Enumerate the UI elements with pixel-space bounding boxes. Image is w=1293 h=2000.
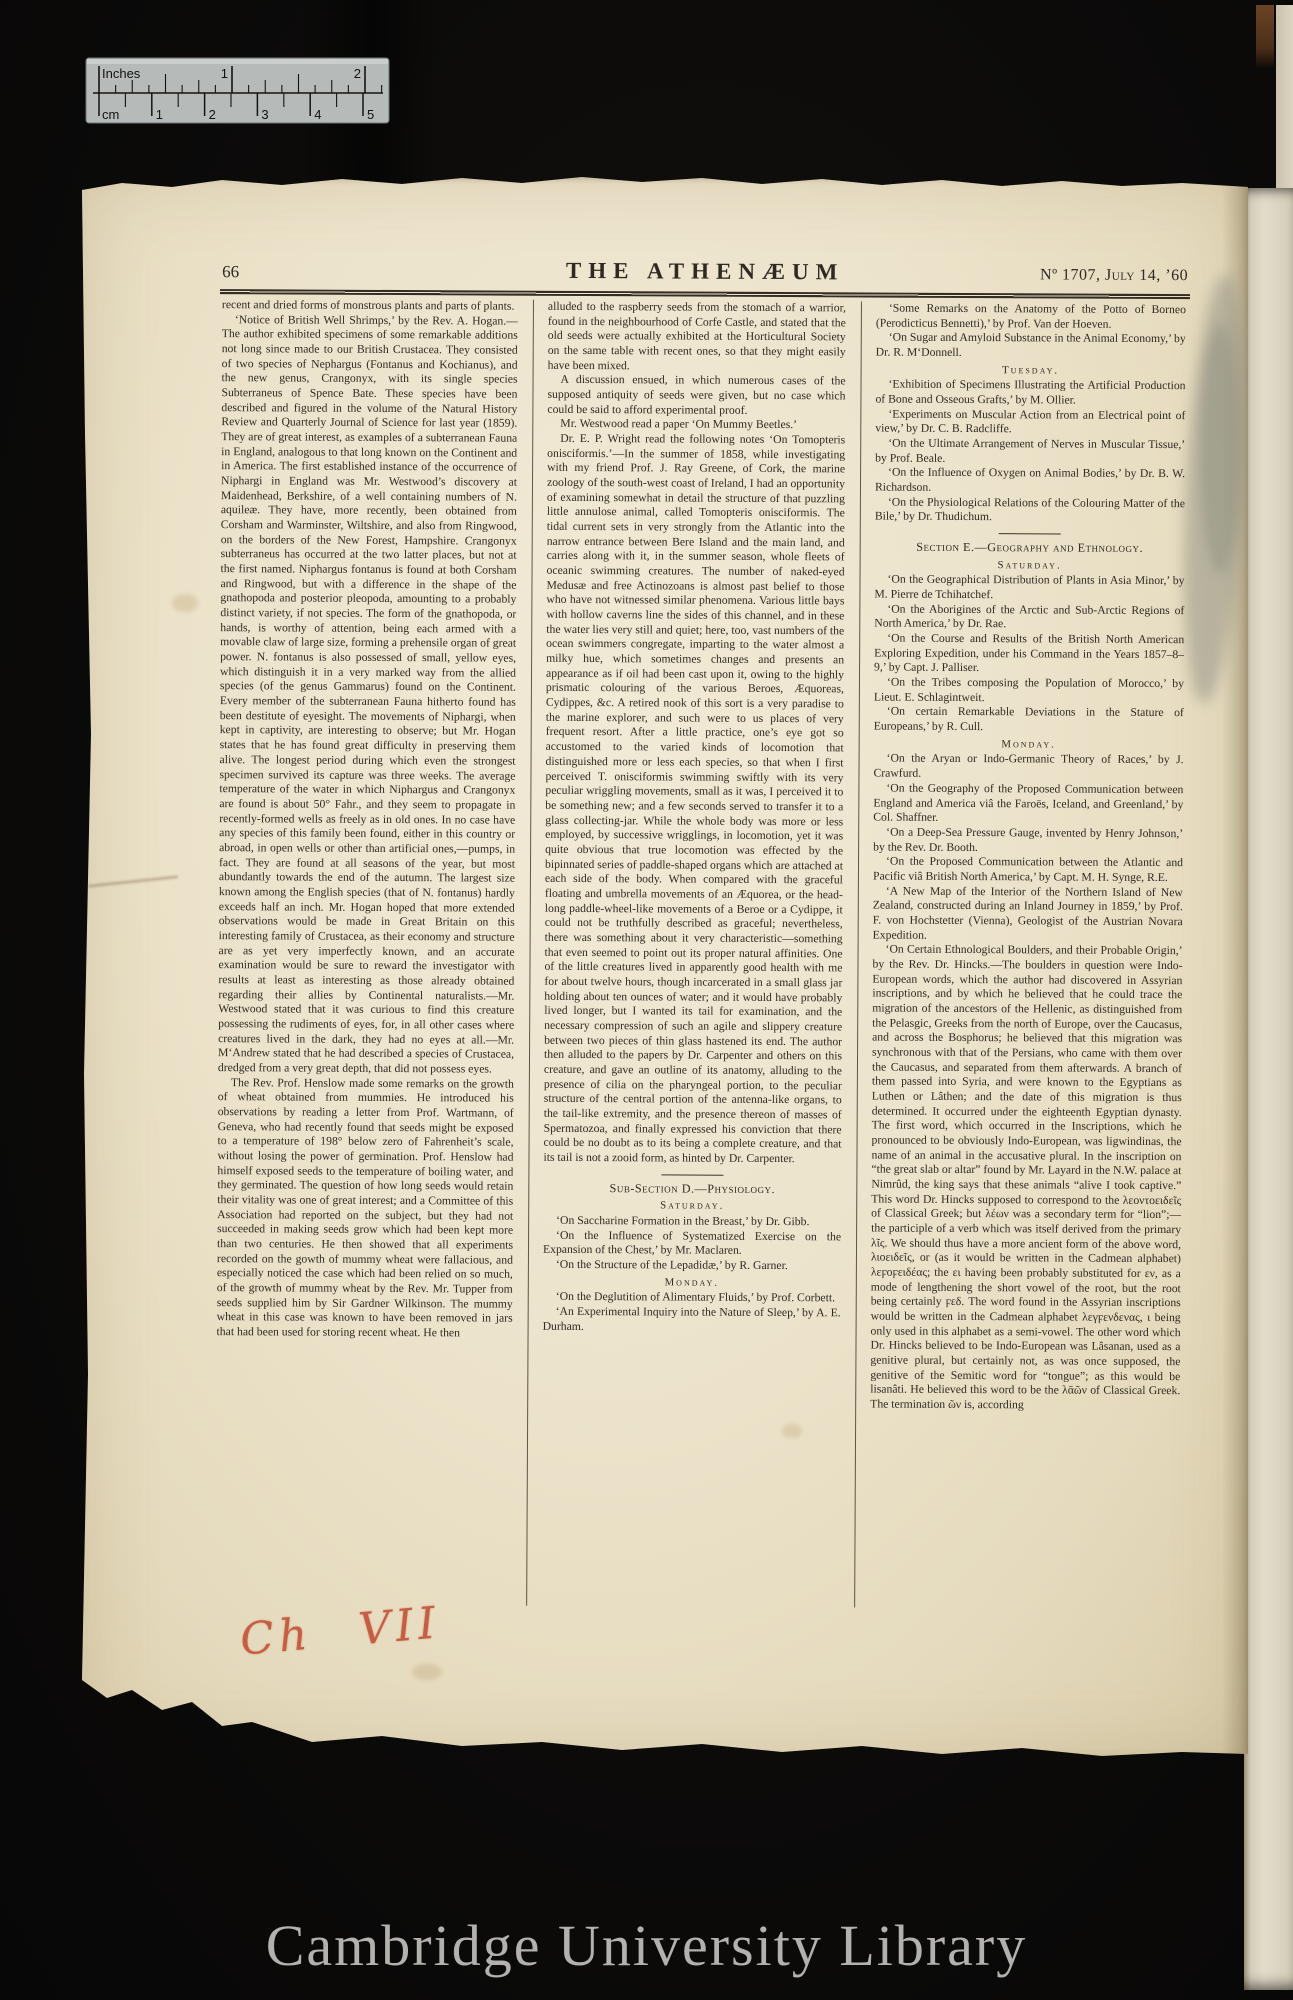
text-block: ‘On the Physiological Relations of the C…: [875, 495, 1185, 526]
text-block: ‘Exhibition of Specimens Illustrating th…: [875, 378, 1185, 409]
svg-text:1: 1: [221, 66, 228, 81]
library-watermark: Cambridge University Library: [0, 1912, 1293, 1979]
text-block: ‘On the Geographical Distribution of Pla…: [874, 573, 1184, 604]
text-block: ‘An Experimental Inquiry into the Nature…: [543, 1305, 841, 1336]
svg-text:2: 2: [209, 107, 216, 122]
text-block: The Rev. Prof. Henslow made some remarks…: [217, 1076, 514, 1342]
text-block: ‘Experiments on Muscular Action from an …: [875, 407, 1185, 438]
text-block: A discussion ensued, in which numerous c…: [547, 373, 845, 419]
book-fore-edge: [1244, 188, 1293, 1990]
text-block: Monday.: [543, 1274, 841, 1290]
svg-text:4: 4: [314, 107, 321, 122]
scanned-page: 66 THE ATHENÆUM Nº 1707, July 14, ’60 re…: [82, 174, 1248, 1758]
text-block: Mr. Westwood read a paper ‘On Mummy Beet…: [547, 417, 845, 433]
text-block: ‘On the Ultimate Arrangement of Nerves i…: [875, 437, 1185, 468]
text-block: ‘On the Course and Results of the Britis…: [874, 632, 1184, 678]
text-block: ‘On the Deglutition of Alimentary Fluids…: [543, 1290, 841, 1306]
svg-text:5: 5: [367, 107, 374, 122]
text-block: ‘Some Remarks on the Anatomy of the Pott…: [876, 302, 1186, 333]
printed-content: 66 THE ATHENÆUM Nº 1707, July 14, ’60 re…: [74, 173, 1248, 1763]
svg-text:3: 3: [261, 107, 268, 122]
text-column-3: ‘Some Remarks on the Anatomy of the Pott…: [869, 302, 1186, 1610]
text-block: Tuesday.: [876, 362, 1186, 378]
text-block: Monday.: [874, 736, 1184, 752]
text-block: ‘On the Aryan or Indo-Germanic Theory of…: [873, 752, 1183, 783]
text-block: recent and dried forms of monstrous plan…: [222, 298, 518, 314]
text-block: ‘Notice of British Well Shrimps,’ by the…: [218, 313, 518, 1077]
column-divider-rule: [854, 301, 862, 1607]
text-block: alluded to the raspberry seeds from the …: [548, 300, 846, 375]
text-block: ‘On Certain Ethnological Boulders, and t…: [870, 943, 1182, 1414]
text-block: [999, 533, 1061, 534]
text-block: ‘On the Structure of the Lepadidæ,’ by R…: [543, 1258, 841, 1274]
text-column-2: alluded to the raspberry seeds from the …: [541, 300, 846, 1608]
text-block: ‘On Sugar and Amyloid Substance in the A…: [876, 331, 1186, 362]
text-block: ‘A New Map of the Interior of the Northe…: [873, 884, 1183, 944]
text-block: Sub-Section D.—Physiology.: [543, 1180, 841, 1196]
text-block: ‘On the Influence of Systematized Exerci…: [543, 1228, 841, 1259]
text-block: ‘On the Proposed Communication between t…: [873, 855, 1183, 886]
text-block: ‘On a Deep-Sea Pressure Gauge, invented …: [873, 825, 1183, 856]
svg-text:1: 1: [156, 107, 163, 122]
text-block: Saturday.: [875, 557, 1185, 573]
ruler-cm-label: cm: [102, 107, 119, 122]
ruler-highlight: [87, 59, 388, 64]
issue-number-date: Nº 1707, July 14, ’60: [912, 266, 1188, 285]
text-block: ‘On the Tribes composing the Population …: [874, 676, 1184, 707]
text-block: Saturday.: [543, 1198, 841, 1214]
text-block: ‘On Saccharine Formation in the Breast,’…: [543, 1214, 841, 1230]
text-block: [661, 1174, 723, 1175]
text-block: ‘On the Influence of Oxygen on Animal Bo…: [875, 466, 1185, 497]
text-block: ‘On the Geography of the Proposed Commun…: [873, 781, 1183, 827]
text-block: ‘On the Aborigines of the Arctic and Sub…: [874, 602, 1184, 633]
text-block: ‘On certain Remarkable Deviations in the…: [874, 705, 1184, 736]
header-double-rule: [220, 289, 1190, 299]
text-block: Section E.—Geography and Ethnology.: [875, 540, 1185, 556]
measuring-ruler: Inches cm 1212345: [85, 57, 390, 124]
text-column-1: recent and dried forms of monstrous plan…: [215, 298, 518, 1606]
svg-text:2: 2: [354, 66, 361, 81]
ruler-inches-label: Inches: [102, 66, 141, 81]
text-block: Dr. E. P. Wright read the following note…: [543, 432, 845, 1167]
book-spine-sliver: [1256, 5, 1274, 67]
column-divider-rule: [526, 300, 534, 1606]
